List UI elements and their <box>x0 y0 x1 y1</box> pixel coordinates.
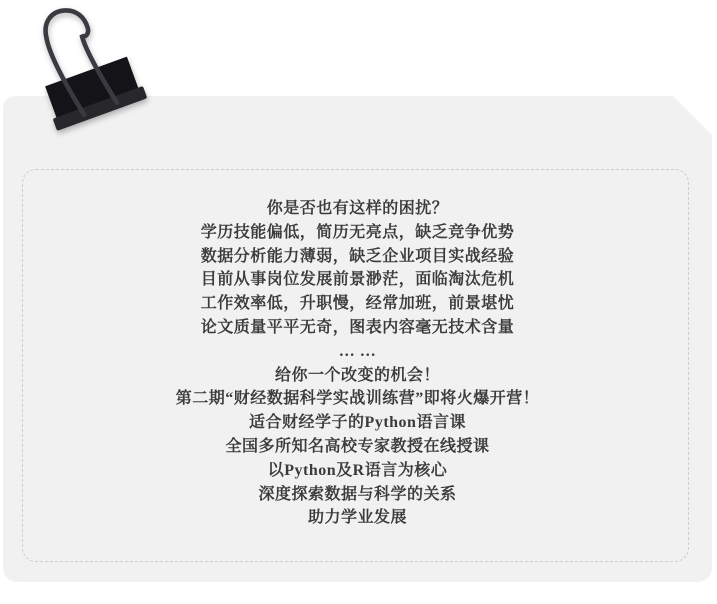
binder-clip-icon <box>32 0 162 140</box>
feature-line-5: 助力学业发展 <box>3 506 712 530</box>
poster-canvas: 你是否也有这样的困扰？ 学历技能偏低，简历无亮点，缺乏竞争优势 数据分析能力薄弱… <box>0 0 717 604</box>
announcement-line: 第二期“财经数据科学实战训练营”即将火爆开营！ <box>3 387 712 411</box>
pain-point-line-5: 论文质量平平无奇，图表内容毫无技术含量 <box>3 316 712 340</box>
pain-point-line-3: 目前从事岗位发展前景渺茫，面临淘汰危机 <box>3 268 712 292</box>
pain-point-line-1: 学历技能偏低，简历无亮点，缺乏竞争优势 <box>3 221 712 245</box>
pain-point-line-4: 工作效率低，升职慢，经常加班，前景堪忧 <box>3 292 712 316</box>
pain-point-line-2: 数据分析能力薄弱，缺乏企业项目实战经验 <box>3 245 712 269</box>
feature-line-2: 全国多所知名高校专家教授在线授课 <box>3 435 712 459</box>
feature-line-4: 深度探索数据与科学的关系 <box>3 483 712 507</box>
cta-line: 给你一个改变的机会！ <box>3 364 712 388</box>
feature-line-1: 适合财经学子的Python语言课 <box>3 411 712 435</box>
poster-text-block: 你是否也有这样的困扰？ 学历技能偏低，简历无亮点，缺乏竞争优势 数据分析能力薄弱… <box>3 197 712 530</box>
intro-title: 你是否也有这样的困扰？ <box>3 197 712 221</box>
ellipsis-line: … … <box>3 340 712 364</box>
feature-line-3: 以Python及R语言为核心 <box>3 459 712 483</box>
